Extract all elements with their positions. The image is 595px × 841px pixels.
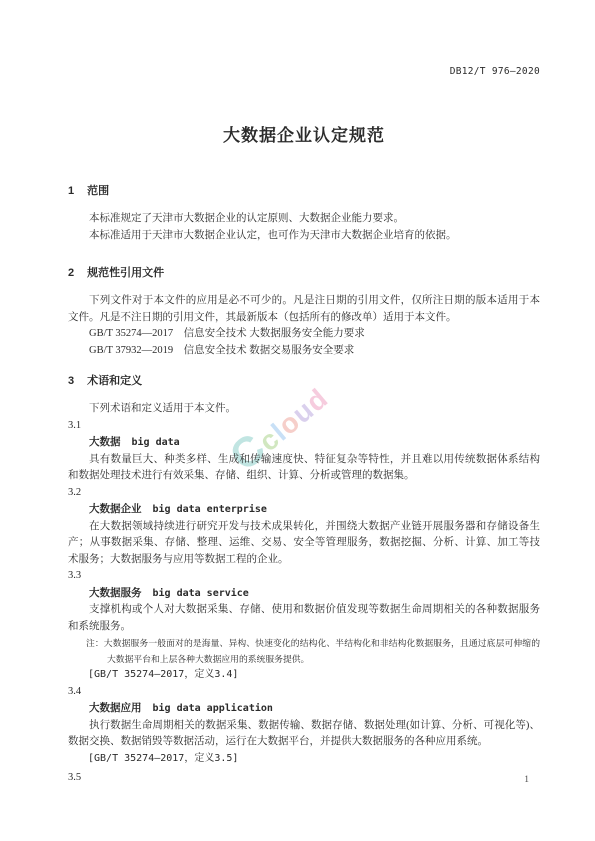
term-definition: 支撑机构或个人对大数据采集、存储、使用和数据价值发现等数据生命周期相关的各种数据… [68,602,540,635]
scope-paragraph: 本标准规定了天津市大数据企业的认定原则、大数据企业能力要求。 [68,211,540,228]
page-number: 1 [524,775,529,785]
term-name-en: big data application [153,703,273,714]
term-heading: 大数据服务big data service [68,585,540,603]
term-name-zh: 大数据服务 [89,587,142,599]
term-definition: 在大数据领域持续进行研究开发与技术成果转化，并围绕大数据产业链开展服务器和存储设… [68,519,540,569]
section-title: 范围 [87,185,109,197]
section-heading-scope: 1范围 [68,185,540,198]
term-heading: 大数据big data [68,434,540,452]
term-name-zh: 大数据 [89,436,121,448]
term-number: 3.4 [68,684,540,701]
term-name-zh: 大数据企业 [89,503,142,515]
normative-ref-item: GB/T 35274—2017 信息安全技术 大数据服务安全能力要求 [68,326,540,343]
term-source-ref: [GB/T 35274—2017，定义3.5] [68,751,540,768]
normative-ref-item: GB/T 37932—2019 信息安全技术 数据交易服务安全要求 [68,343,540,360]
term-name-en: big data service [153,588,249,599]
term-heading: 大数据企业big data enterprise [68,501,540,519]
normative-refs-paragraph: 下列文件对于本文件的应用是必不可少的。凡是注日期的引用文件，仅所注日期的版本适用… [68,293,540,326]
section-title: 规范性引用文件 [87,267,164,279]
term-source-ref: [GB/T 35274—2017，定义3.4] [68,667,540,684]
term-heading: 大数据应用big data application [68,700,540,718]
section-number: 1 [68,185,74,198]
doc-code-header: DB12/T 976—2020 [68,0,540,77]
section-number: 2 [68,267,74,280]
terms-intro: 下列术语和定义适用于本文件。 [68,401,540,418]
section-heading-terms: 3术语和定义 [68,375,540,388]
term-name-en: big data enterprise [153,504,267,515]
section-number: 3 [68,375,74,388]
term-number: 3.5 [68,770,540,787]
term-definition: 执行数据生命周期相关的数据采集、数据传输、数据存储、数据处理(如计算、分析、可视… [68,718,540,751]
term-definition: 具有数量巨大、种类多样、生成和传输速度快、特征复杂等特性，并且难以用传统数据体系… [68,452,540,485]
page-title: 大数据企业认定规范 [68,121,540,146]
document-page: Ccloud DB12/T 976—2020 大数据企业认定规范 1范围 本标准… [0,0,595,841]
term-number: 3.1 [68,418,540,435]
section-heading-normative-refs: 2规范性引用文件 [68,267,540,280]
section-title: 术语和定义 [87,375,142,387]
page-content: DB12/T 976—2020 大数据企业认定规范 1范围 本标准规定了天津市大… [68,0,540,787]
term-name-en: big data [132,437,180,448]
term-number: 3.2 [68,485,540,502]
scope-paragraph: 本标准适用于天津市大数据企业认定，也可作为天津市大数据企业培育的依据。 [68,228,540,245]
term-note: 注：大数据服务一般面对的是海量、异构、快速变化的结构化、半结构化和非结构化数据服… [86,636,540,667]
term-number: 3.3 [68,568,540,585]
term-name-zh: 大数据应用 [89,702,142,714]
